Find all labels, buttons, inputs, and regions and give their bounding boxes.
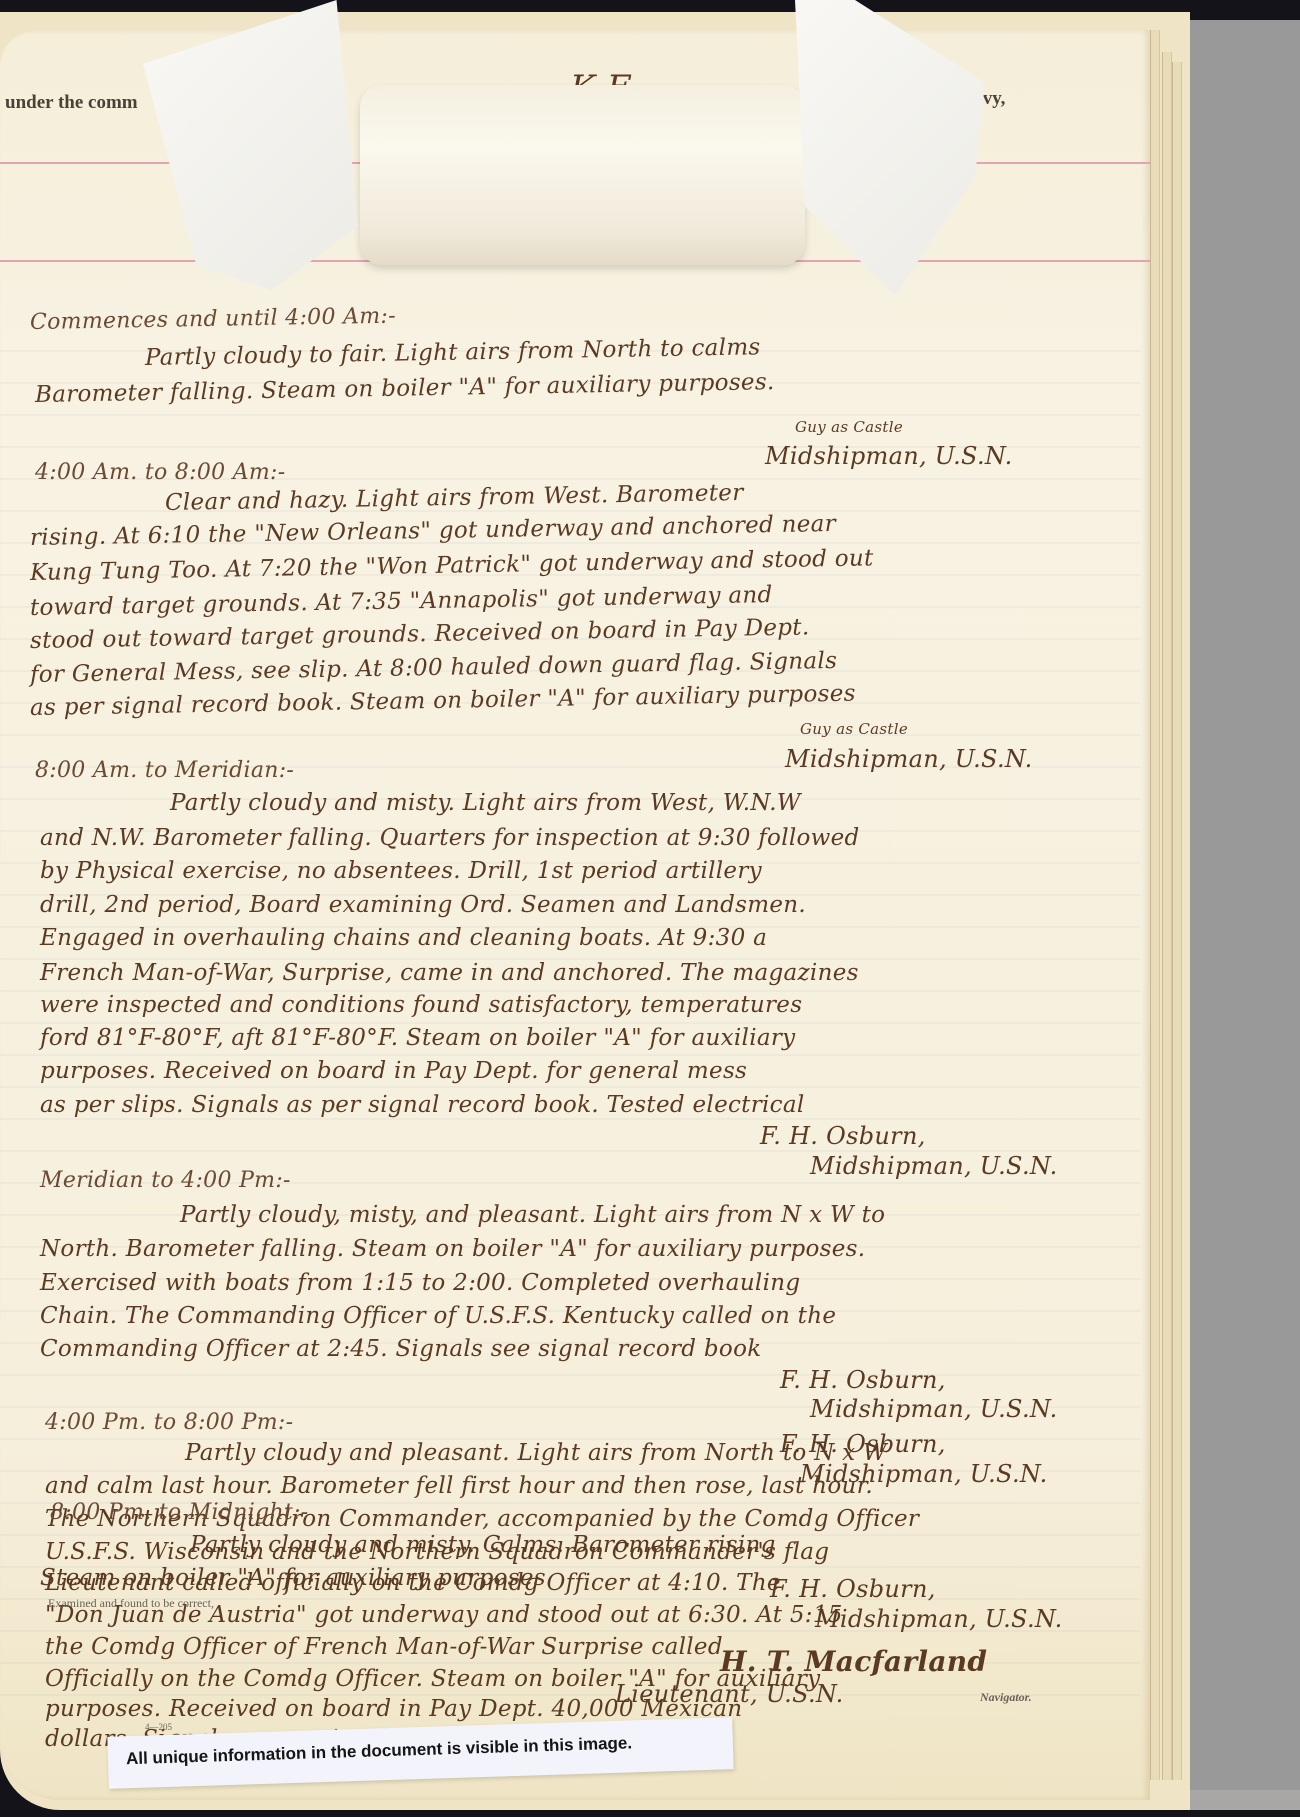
watch-line: as per slips. Signals as per signal reco… [40, 1092, 805, 1118]
watch-line: Partly cloudy and misty. Calms. Baromete… [190, 1532, 776, 1558]
watch-line: the Comdg Officer of French Man-of-War S… [45, 1634, 723, 1660]
form-number: 4—205 [145, 1722, 172, 1732]
signature-name: F. H. Osburn, [760, 1122, 926, 1150]
visibility-notice-text: All unique information in the document i… [126, 1733, 633, 1769]
navigator-signature: H. T. Macfarland [720, 1645, 987, 1678]
watch-line: and calm last hour. Barometer fell first… [45, 1473, 873, 1499]
page-edge [1162, 52, 1172, 1780]
signature-title: Midshipman, U.S.N. [810, 1152, 1058, 1180]
watch-heading: 4:00 Pm. to 8:00 Pm:- [45, 1410, 293, 1435]
watch-heading: Meridian to 4:00 Pm:- [40, 1168, 291, 1193]
watch-line: French Man-of-War, Surprise, came in and… [40, 960, 859, 986]
watch-line: Commanding Officer at 2:45. Signals see … [40, 1336, 761, 1362]
watch-line: Chain. The Commanding Officer of U.S.F.S… [40, 1303, 836, 1329]
watch-line: were inspected and conditions found sati… [40, 992, 802, 1018]
page-edge [1172, 62, 1182, 1780]
signature-title: Midshipman, U.S.N. [785, 745, 1033, 773]
watch-heading: 8:00 Pm. to Midnight:- [50, 1500, 309, 1525]
navigator-label: Navigator. [980, 1690, 1032, 1705]
watch-line: purposes. Received on board in Pay Dept.… [40, 1058, 747, 1084]
watch-heading: 8:00 Am. to Meridian:- [35, 758, 294, 783]
signature-title: Midshipman, U.S.N. [810, 1395, 1058, 1423]
watch-line: Engaged in overhauling chains and cleani… [40, 925, 767, 951]
signature-title: Midshipman, U.S.N. [800, 1460, 1048, 1488]
signature-name: Guy as Castle [795, 418, 903, 436]
watch-line: Steam on boiler "A" for auxiliary purpos… [40, 1565, 546, 1591]
watch-heading: 4:00 Am. to 8:00 Am:- [35, 460, 286, 485]
header-print-left: under the comm [5, 92, 138, 114]
watch-line: Partly cloudy and misty. Light airs from… [170, 790, 801, 816]
signature-title: Midshipman, U.S.N. [815, 1605, 1063, 1633]
signature-name: F. H. Osburn, [780, 1430, 946, 1458]
watch-line: by Physical exercise, no absentees. Dril… [40, 858, 762, 884]
paper-roll [360, 85, 805, 265]
watch-line: Exercised with boats from 1:15 to 2:00. … [40, 1270, 800, 1296]
navigator-rank: Lieutenant, U.S.N. [615, 1680, 844, 1708]
signature-name: F. H. Osburn, [780, 1366, 946, 1394]
signature-title: Midshipman, U.S.N. [765, 442, 1013, 470]
examined-text: Examined and found to be correct, [48, 1596, 214, 1611]
signature-name: F. H. Osburn, [770, 1575, 936, 1603]
watch-line: drill, 2nd period, Board examining Ord. … [40, 892, 806, 918]
watch-line: ford 81°F-80°F, aft 81°F-80°F. Steam on … [40, 1025, 795, 1051]
watch-line: and N.W. Barometer falling. Quarters for… [40, 825, 860, 851]
background-surface [1180, 20, 1300, 1800]
signature-name: Guy as Castle [800, 720, 908, 738]
page-edge [1150, 30, 1160, 1780]
watch-line: Partly cloudy, misty, and pleasant. Ligh… [180, 1202, 885, 1228]
watch-line: North. Barometer falling. Steam on boile… [40, 1236, 865, 1262]
